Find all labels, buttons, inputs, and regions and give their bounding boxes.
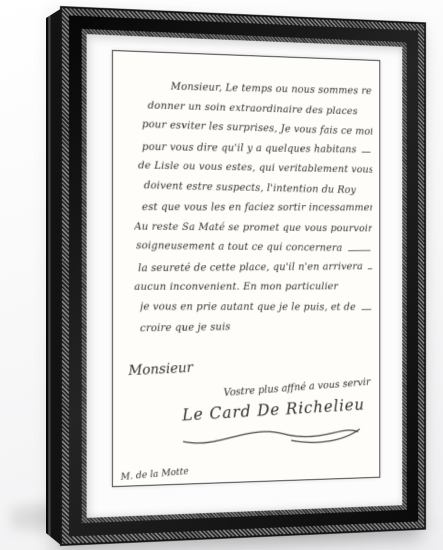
letter-line: je vous en prie autant que je le puis, e… (140, 296, 372, 316)
letter-salutation: Monsieur (128, 359, 193, 378)
letter-line: la seureté de cette place, qu'il n'en ar… (138, 256, 372, 278)
letter-line: Au reste Sa Maté se promet que vous pour… (134, 216, 372, 238)
mat-board: Monsieur, Le temps ou nous sommes requer… (87, 34, 403, 518)
letter-line: est que vous les en faciez sortir incess… (142, 197, 372, 217)
letter-line: soigneusement a tout ce qui concernera (136, 236, 372, 259)
letter-print: Monsieur, Le temps ou nous sommes requer… (112, 50, 380, 487)
letter-line: aucun inconvenient. En mon particulier (134, 277, 372, 297)
letter-line: pour vous dire qu'il y a quelques habita… (142, 137, 372, 160)
framed-letter-photo: Monsieur, Le temps ou nous sommes requer… (0, 0, 443, 550)
letter-line: Monsieur, Le temps ou nous sommes requer… (171, 77, 373, 101)
letter-line: croire que je suis (140, 315, 372, 339)
picture-frame: Monsieur, Le temps ou nous sommes requer… (60, 6, 426, 546)
signature-flourish (179, 419, 363, 449)
letter-body: Monsieur, Le temps ou nous sommes requer… (113, 51, 379, 338)
signature-block: Le Card De Richelieu (113, 398, 365, 453)
recipient-annotation: M. de la Motte (120, 466, 188, 483)
